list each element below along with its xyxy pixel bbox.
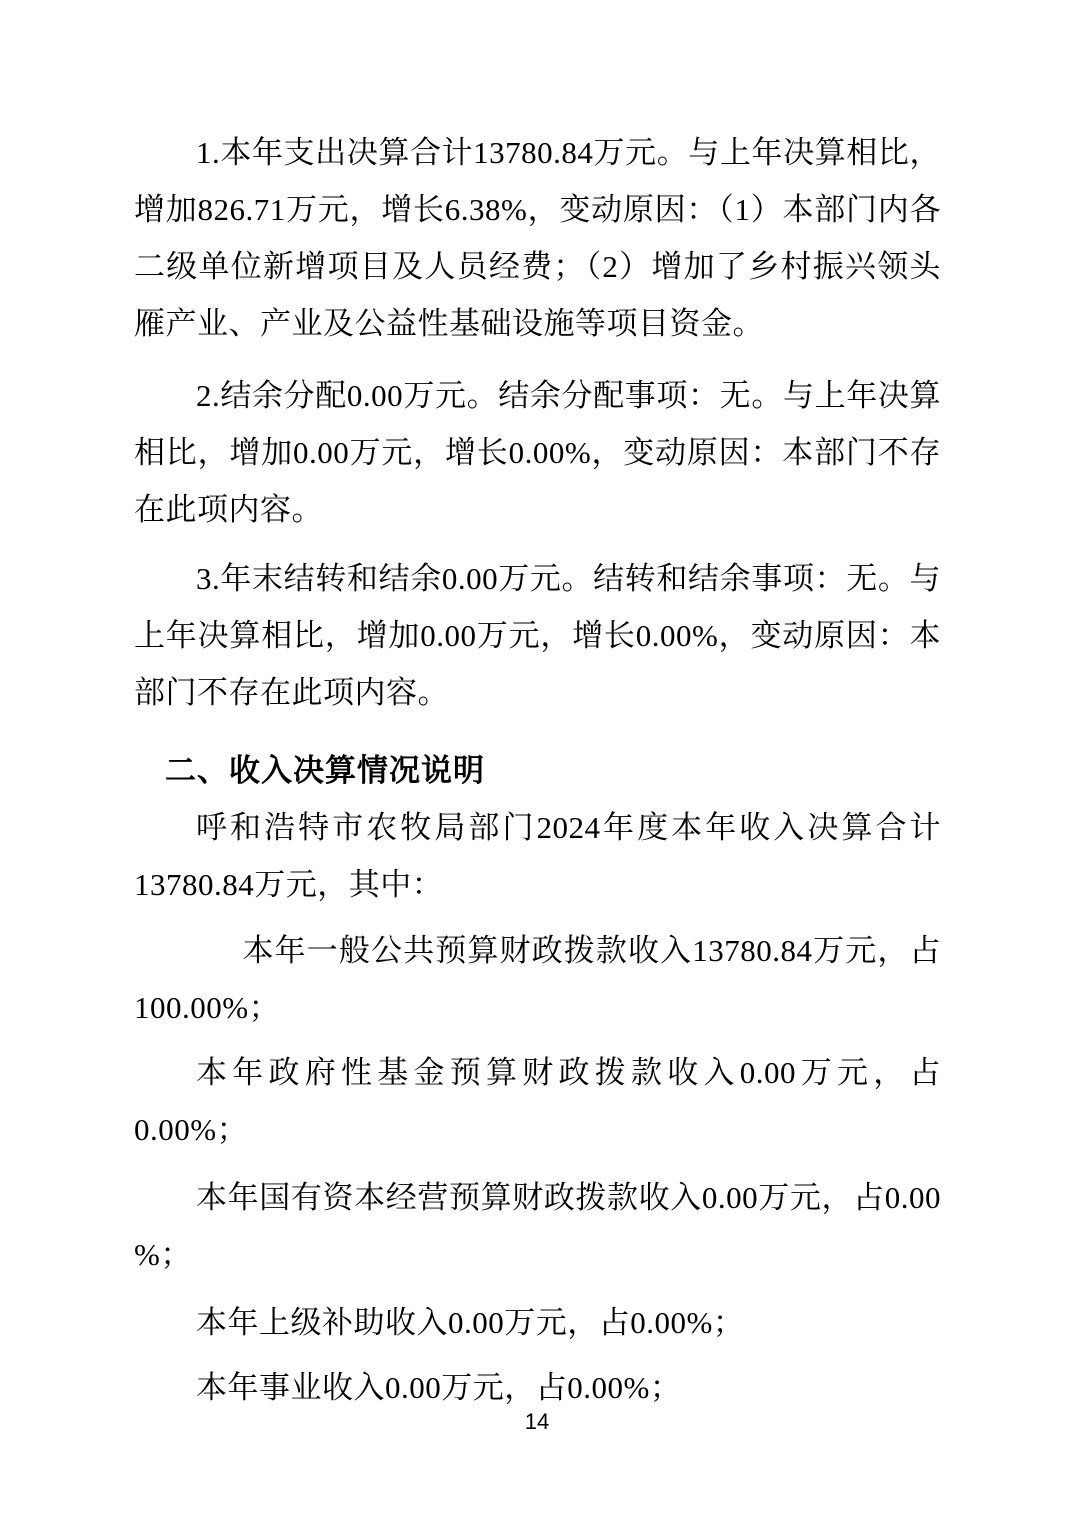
- paragraph-superior-subsidy-income: 本年上级补助收入0.00万元，占0.00%；: [134, 1294, 941, 1351]
- paragraph-state-capital-income: 本年国有资本经营预算财政拨款收入0.00万元，占0.00%；: [134, 1169, 941, 1283]
- paragraph-general-public-budget-income: 本年一般公共预算财政拨款收入13780.84万元，占100.00%；: [134, 922, 941, 1036]
- paragraph-surplus-distribution: 2.结余分配0.00万元。结余分配事项：无。与上年决算相比，增加0.00万元，增…: [134, 367, 941, 538]
- document-body: 1.本年支出决算合计13780.84万元。与上年决算相比，增加826.71万元，…: [134, 124, 941, 1416]
- paragraph-yearend-carryover: 3.年末结转和结余0.00万元。结转和结余事项：无。与上年决算相比，增加0.00…: [134, 550, 941, 721]
- page-number: 14: [0, 1408, 1074, 1436]
- document-page: 1.本年支出决算合计13780.84万元。与上年决算相比，增加826.71万元，…: [0, 0, 1074, 1520]
- section-heading-income-statement: 二、收入决算情况说明: [134, 742, 941, 799]
- paragraph-income-total: 呼和浩特市农牧局部门2024年度本年收入决算合计13780.84万元，其中：: [134, 799, 941, 913]
- paragraph-government-fund-income: 本年政府性基金预算财政拨款收入0.00万元，占0.00%；: [134, 1044, 941, 1158]
- paragraph-expenditure-summary: 1.本年支出决算合计13780.84万元。与上年决算相比，增加826.71万元，…: [134, 124, 941, 352]
